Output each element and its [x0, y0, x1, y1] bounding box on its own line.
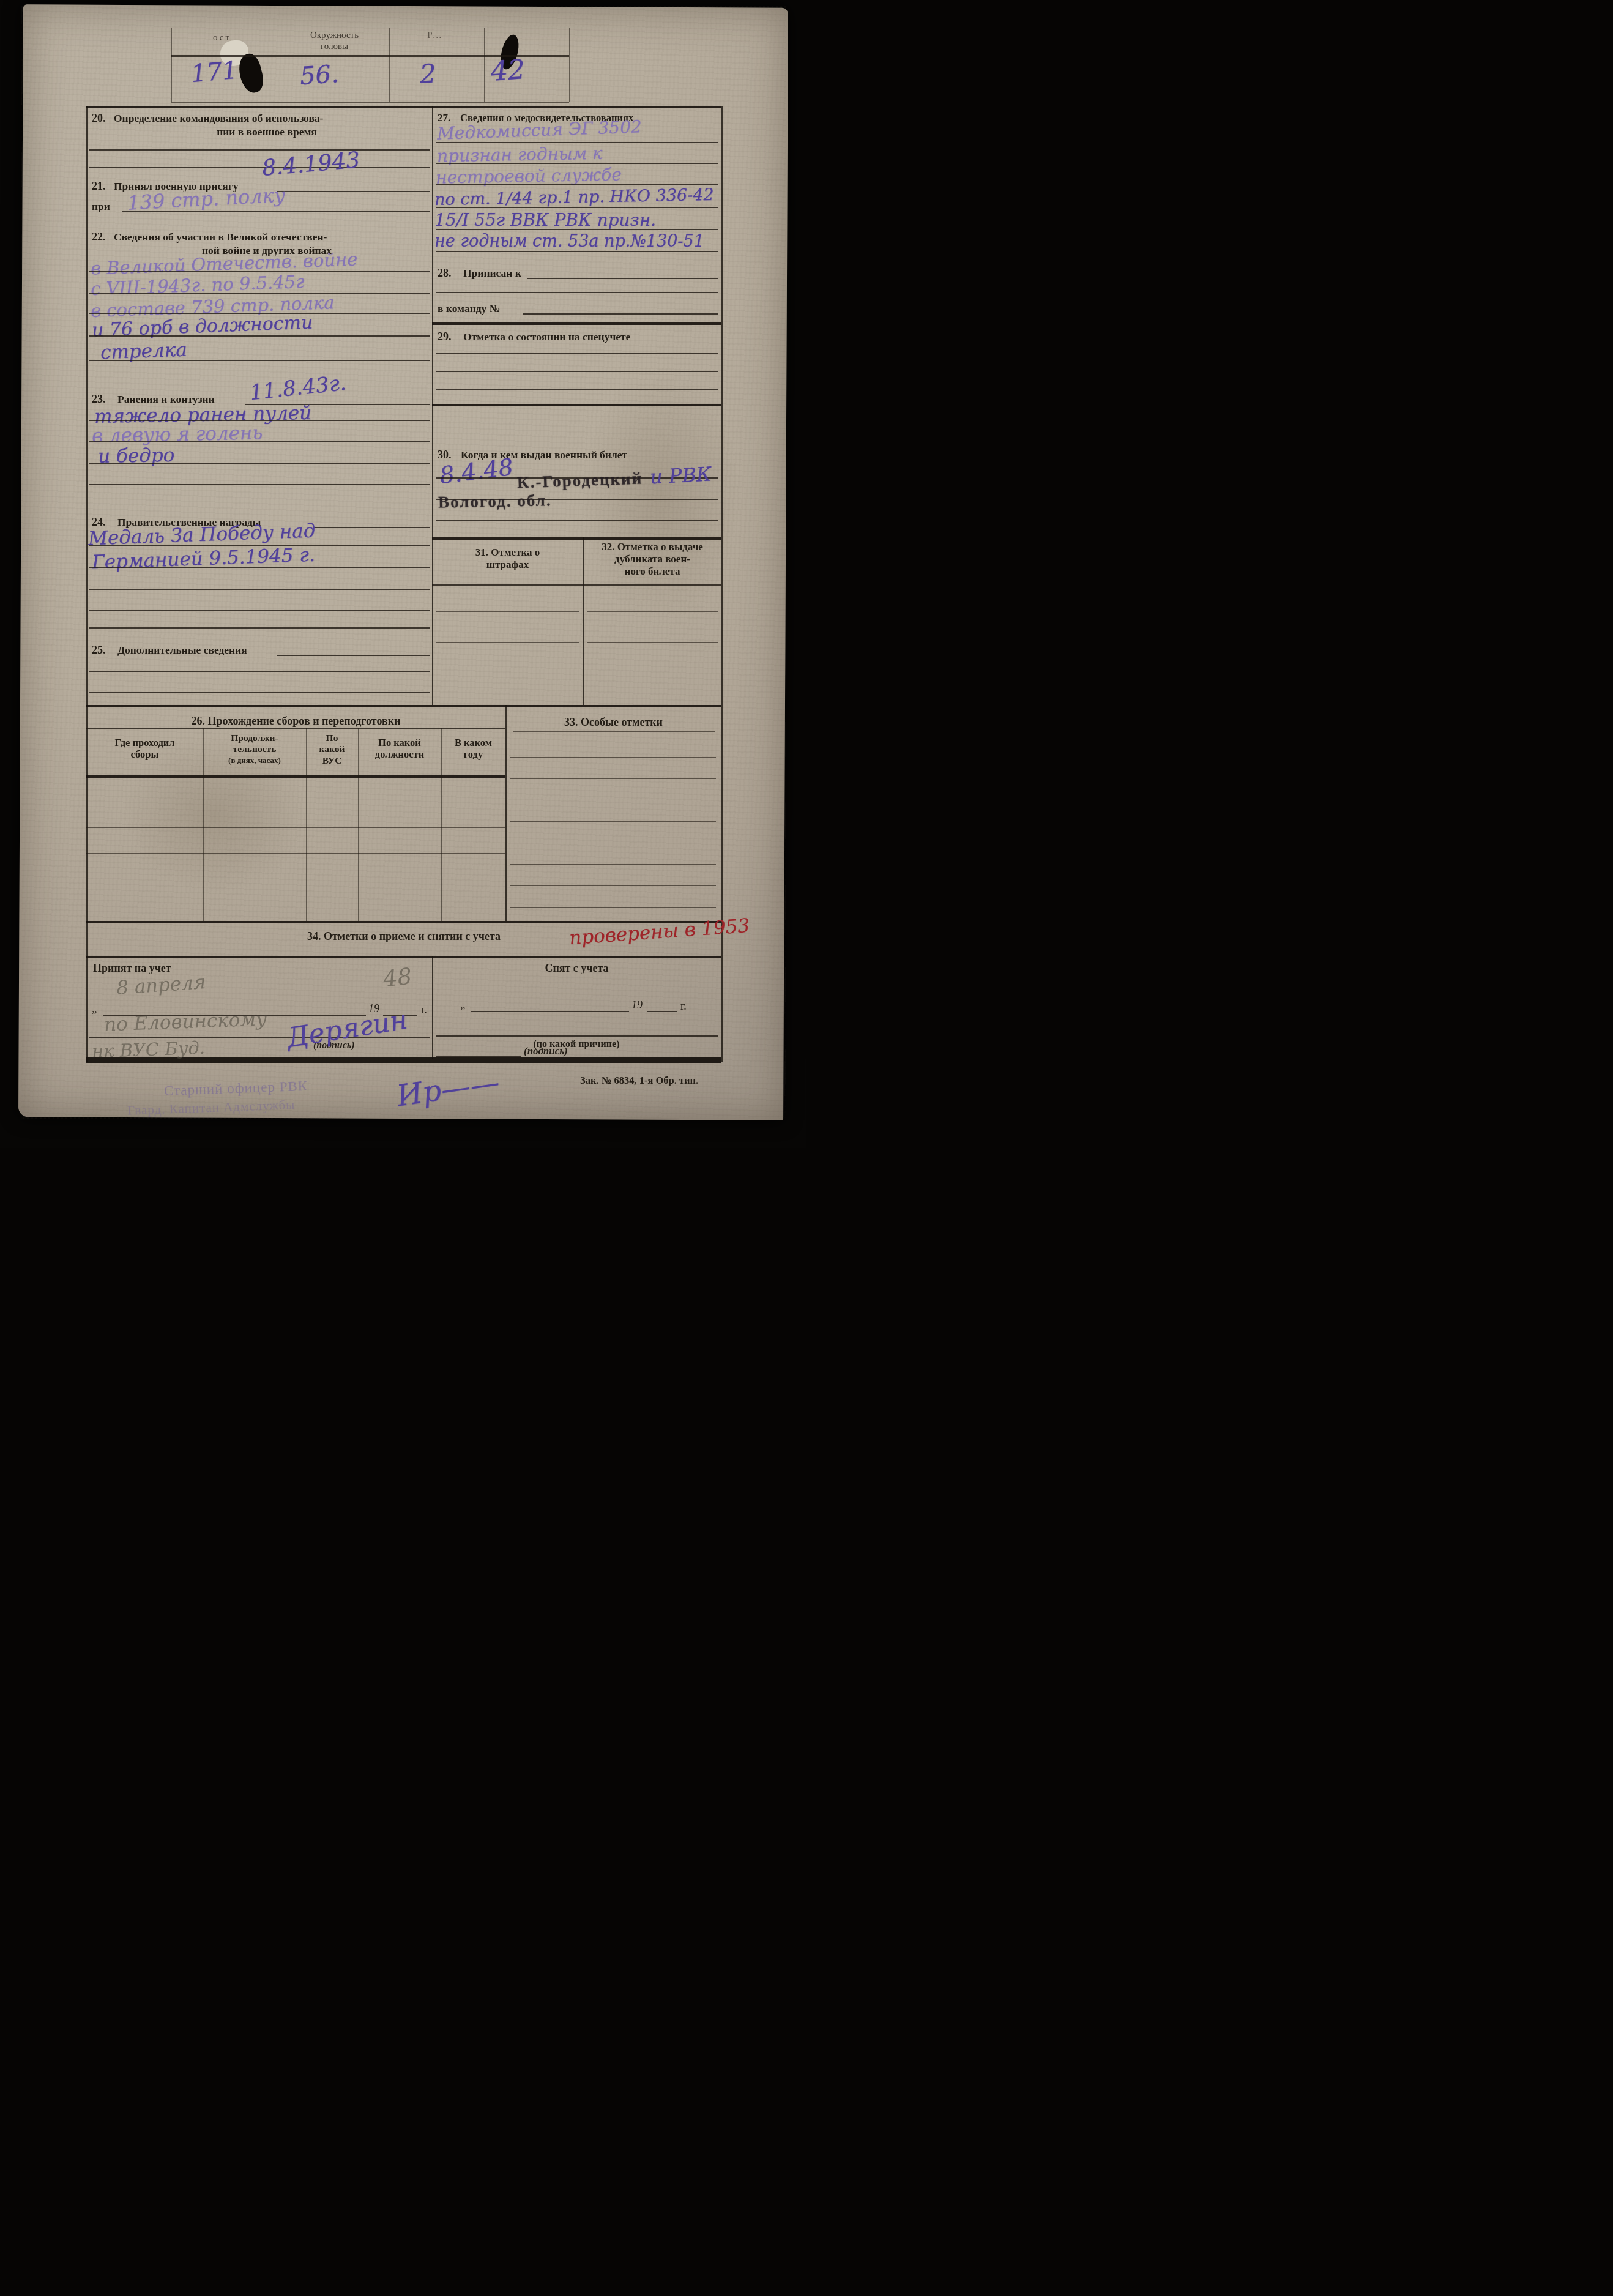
remove-line — [436, 1056, 521, 1057]
s26-header-top — [86, 728, 505, 729]
s20-blank-line — [89, 149, 430, 151]
s30-line — [436, 520, 718, 521]
s31-line — [436, 696, 579, 696]
form-border-top — [86, 106, 721, 108]
hw-head-circumference-value: 56. — [299, 60, 340, 91]
s23-line — [89, 463, 430, 464]
s32-number: 32. — [602, 541, 614, 553]
remove-line — [471, 1011, 629, 1012]
s28-number: 28. — [438, 267, 452, 280]
remove-title: Снят с учета — [432, 962, 721, 975]
s34-number: 34. — [307, 930, 321, 942]
s27-line — [436, 229, 718, 230]
s23-line — [89, 441, 430, 442]
s22-title-line1: Сведения об участии в Великой отечествен… — [114, 231, 327, 244]
s23-line — [89, 484, 430, 485]
s23-line — [89, 420, 430, 421]
stamp-region: Вологод. обл. — [438, 491, 552, 512]
s32-line — [587, 696, 718, 696]
s33-line — [510, 778, 716, 779]
s20-number: 20. — [92, 112, 106, 125]
s22-line — [89, 360, 430, 361]
s26-col1-header: Где проходил сборы — [86, 737, 203, 761]
print-order-number: Зак. № 6834, 1-я Обр. тип. — [580, 1075, 698, 1086]
s31-line — [436, 642, 579, 643]
s24-line — [89, 589, 430, 590]
s30-bottom-rule — [432, 537, 721, 540]
remove-line — [436, 1035, 718, 1037]
s21-pri-label: при — [92, 200, 110, 213]
strip-border — [171, 28, 172, 102]
s29-bottom-rule — [432, 404, 721, 406]
s26-col5-header: В каком году — [441, 737, 505, 761]
s33-number: 33. — [564, 716, 578, 728]
s29-number: 29. — [438, 330, 452, 343]
s26-col4-header: По какой должности — [358, 737, 441, 761]
s26-row-line — [86, 879, 505, 879]
s25-line — [277, 655, 430, 656]
s24-line — [89, 610, 430, 611]
s31-header: 31. Отметка о штрафах — [432, 546, 583, 571]
remove-quote: „ — [460, 999, 465, 1012]
s25-title: Дополнительные сведения — [117, 644, 247, 657]
s24-line — [89, 567, 430, 568]
s23-number: 23. — [92, 393, 106, 406]
s26-row-line — [86, 802, 505, 802]
s33-line — [510, 757, 716, 758]
s32-line — [587, 674, 718, 674]
s33-line — [510, 885, 716, 886]
strip-label-height: ост — [176, 33, 268, 44]
s24-line-heavy — [89, 627, 430, 629]
remove-g: г. — [680, 1000, 687, 1013]
s30-number: 30. — [438, 449, 452, 461]
strip-label-head-circumference-1: Окружность — [280, 31, 389, 42]
s22-line — [89, 335, 430, 337]
strip-border — [484, 28, 485, 102]
s25-line — [89, 671, 430, 672]
accept-quote: „ — [92, 1002, 97, 1016]
remove-podpis-label: (подпись) — [524, 1045, 568, 1057]
s28-line — [527, 278, 718, 279]
s26-title: 26. Прохождение сборов и переподготовки — [86, 715, 505, 728]
s33-line — [510, 843, 716, 843]
s22-number: 22. — [92, 231, 106, 244]
s26-col2-header: Продолжи- тельность (в днях, часах) — [203, 733, 306, 765]
s27-number: 27. — [438, 112, 450, 124]
accept-g: г. — [421, 1004, 427, 1016]
s28-title: Приписан к — [463, 267, 521, 280]
divider-table-33 — [505, 705, 507, 921]
s26-row-line — [86, 853, 505, 854]
form-border-left — [86, 106, 88, 1062]
hw-size-value: 2 — [419, 58, 437, 89]
s26-col3-header: По какой ВУС — [306, 733, 358, 767]
s20-title-line1: Определение командования об использова- — [114, 112, 323, 125]
strip-label-head-circumference-2: головы — [280, 42, 389, 53]
remove-19: 19 — [631, 999, 643, 1012]
s33-line — [510, 864, 716, 865]
s32-line — [587, 611, 718, 612]
hw-wound-line2: в левую я голень — [92, 422, 263, 447]
s26-header-bottom — [86, 775, 505, 778]
s25-number: 25. — [92, 644, 106, 657]
hw-accept-row3: нк ВУС Буд. — [91, 1037, 205, 1062]
hw-height-value: 171 — [190, 56, 239, 88]
s24-line — [313, 527, 430, 528]
s29-line — [436, 353, 718, 354]
s33-line — [510, 907, 716, 908]
s28-line — [436, 292, 718, 293]
s33-line — [510, 800, 716, 800]
s27-line — [436, 251, 718, 252]
s27-line — [436, 163, 718, 164]
s31-line — [436, 674, 579, 674]
s20-blank-line — [89, 167, 430, 168]
strip-border — [389, 28, 390, 102]
hw-extra-value: 42 — [490, 54, 526, 88]
s26-number: 26. — [192, 715, 206, 727]
s33-title: 33. Особые отметки — [505, 716, 721, 729]
s33-line — [513, 731, 715, 732]
s32-line — [587, 642, 718, 643]
s29-line — [436, 371, 718, 372]
s26-row-line — [86, 906, 505, 906]
s31-number: 31. — [475, 546, 488, 558]
s28-bottom-rule — [432, 322, 721, 325]
s21-line — [277, 191, 430, 192]
strip-border — [569, 28, 570, 102]
s29-line — [436, 389, 718, 390]
hw-wound-line3: и бедро — [98, 444, 175, 468]
hw-medical-line5: 15/I 55г ВВК РВК призн. — [434, 210, 656, 230]
s27-line — [436, 207, 718, 208]
rule-above-table — [86, 705, 721, 707]
s32-header: 32. Отметка о выдаче дубликата воен- ног… — [583, 541, 721, 578]
s20-title-line2: нии в военное время — [114, 125, 420, 138]
s22-line — [89, 293, 430, 294]
remove-line — [647, 1011, 677, 1012]
strip-line — [171, 102, 569, 103]
accept-title: Принят на учет — [93, 962, 171, 975]
hw-medical-line6: не годным ст. 53а пр.№130-51 — [434, 232, 704, 251]
s29-title: Отметка о состоянии на спецучете — [463, 330, 630, 343]
s26-row-line — [86, 827, 505, 828]
s28-line — [523, 313, 718, 315]
hw-rvk: и РВК — [649, 462, 712, 488]
hw-accept-year: 48 — [382, 963, 413, 993]
s21-line — [122, 211, 430, 212]
military-registration-card-page: ост Окружность головы Р… 171 56. 2 42 20… — [0, 0, 806, 1148]
s21-number: 21. — [92, 180, 106, 193]
remove-reason-label: (по какой причине) — [436, 1039, 717, 1051]
s31-line — [436, 611, 579, 612]
s31-32-header-underline — [432, 584, 721, 586]
s33-line — [510, 821, 716, 822]
s28-team-label: в команду № — [438, 302, 500, 315]
form-border-top2 — [86, 110, 721, 110]
strip-label-size: Р… — [392, 31, 477, 42]
s27-line — [436, 184, 718, 185]
s25-line — [89, 692, 430, 693]
rule-below-34 — [86, 956, 721, 958]
